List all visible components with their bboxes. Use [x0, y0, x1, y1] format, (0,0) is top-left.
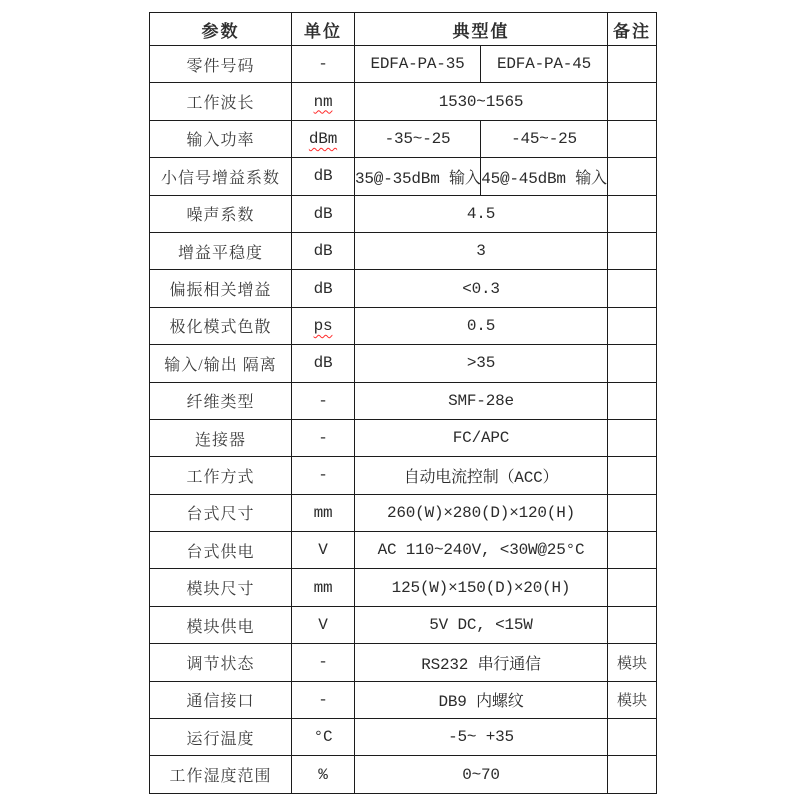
table-row-io-isolation: 输入/输出 隔离 dB >35: [150, 345, 657, 382]
col-header-unit: 单位: [292, 13, 355, 46]
unit-cell: mm: [292, 569, 355, 606]
unit-cell: -: [292, 644, 355, 681]
param-cell: 台式供电: [150, 532, 292, 569]
remark-cell: [608, 158, 657, 195]
table-row-polarization-mode-dispersion: 极化模式色散 ps 0.5: [150, 307, 657, 344]
unit-cell: V: [292, 532, 355, 569]
unit-cell: -: [292, 382, 355, 419]
param-cell: 输入功率: [150, 120, 292, 157]
value-cell: 0.5: [355, 307, 608, 344]
table-row-communication-interface: 通信接口 - DB9 内螺纹 模块: [150, 681, 657, 718]
table-row-wavelength: 工作波长 nm 1530~1565: [150, 83, 657, 120]
value-cell: 35@-35dBm 输入: [355, 158, 481, 195]
value-cell: 0~70: [355, 756, 608, 793]
unit-cell: dB: [292, 232, 355, 269]
param-cell: 噪声系数: [150, 195, 292, 232]
param-cell: 纤维类型: [150, 382, 292, 419]
value-cell: 260(W)×280(D)×120(H): [355, 494, 608, 531]
remark-cell: 模块: [608, 644, 657, 681]
unit-cell-spellcheck: dBm: [309, 130, 337, 148]
remark-cell: [608, 232, 657, 269]
unit-cell: dB: [292, 195, 355, 232]
unit-cell: dB: [292, 158, 355, 195]
document-page: 参数 单位 典型值 备注 零件号码 - EDFA-PA-35 EDFA-PA-4…: [0, 0, 800, 800]
remark-cell: [608, 719, 657, 756]
param-cell: 偏振相关增益: [150, 270, 292, 307]
param-cell: 模块尺寸: [150, 569, 292, 606]
param-cell: 调节状态: [150, 644, 292, 681]
remark-cell: [608, 419, 657, 456]
col-header-parameter: 参数: [150, 13, 292, 46]
unit-cell: °C: [292, 719, 355, 756]
value-cell: 45@-45dBm 输入: [481, 158, 608, 195]
value-cell: EDFA-PA-45: [481, 46, 608, 83]
value-cell: 4.5: [355, 195, 608, 232]
param-cell: 模块供电: [150, 606, 292, 643]
param-cell: 工作湿度范围: [150, 756, 292, 793]
table-row-operation-mode: 工作方式 - 自动电流控制（ACC）: [150, 457, 657, 494]
unit-cell: V: [292, 606, 355, 643]
value-cell: AC 110~240V, <30W@25°C: [355, 532, 608, 569]
table-row-polarization-dependent-gain: 偏振相关增益 dB <0.3: [150, 270, 657, 307]
table-row-operating-temperature: 运行温度 °C -5~ +35: [150, 719, 657, 756]
edfa-spec-table: 参数 单位 典型值 备注 零件号码 - EDFA-PA-35 EDFA-PA-4…: [149, 12, 657, 794]
remark-cell: [608, 532, 657, 569]
table-row-module-power-supply: 模块供电 V 5V DC, <15W: [150, 606, 657, 643]
param-cell: 台式尺寸: [150, 494, 292, 531]
value-cell: 自动电流控制（ACC）: [355, 457, 608, 494]
value-cell: SMF-28e: [355, 382, 608, 419]
remark-cell: [608, 120, 657, 157]
col-header-remark: 备注: [608, 13, 657, 46]
table-row-operating-humidity: 工作湿度范围 % 0~70: [150, 756, 657, 793]
table-row-benchtop-power-supply: 台式供电 V AC 110~240V, <30W@25°C: [150, 532, 657, 569]
unit-cell-spellcheck: ps: [314, 317, 333, 335]
value-cell: 1530~1565: [355, 83, 608, 120]
param-cell: 零件号码: [150, 46, 292, 83]
param-cell: 连接器: [150, 419, 292, 456]
value-cell: EDFA-PA-35: [355, 46, 481, 83]
table-row-module-dimensions: 模块尺寸 mm 125(W)×150(D)×20(H): [150, 569, 657, 606]
param-cell: 工作波长: [150, 83, 292, 120]
table-row-input-power: 输入功率 dBm -35~-25 -45~-25: [150, 120, 657, 157]
value-cell: FC/APC: [355, 419, 608, 456]
unit-cell: -: [292, 419, 355, 456]
unit-cell: dB: [292, 345, 355, 382]
param-cell: 工作方式: [150, 457, 292, 494]
remark-cell: [608, 382, 657, 419]
remark-cell: 模块: [608, 681, 657, 718]
value-cell: RS232 串行通信: [355, 644, 608, 681]
param-cell: 通信接口: [150, 681, 292, 718]
value-cell: <0.3: [355, 270, 608, 307]
value-cell: DB9 内螺纹: [355, 681, 608, 718]
remark-cell: [608, 270, 657, 307]
table-row-noise-figure: 噪声系数 dB 4.5: [150, 195, 657, 232]
remark-cell: [608, 756, 657, 793]
table-row-fiber-type: 纤维类型 - SMF-28e: [150, 382, 657, 419]
table-header-row: 参数 单位 典型值 备注: [150, 13, 657, 46]
col-header-typical-value: 典型值: [355, 13, 608, 46]
value-cell: 5V DC, <15W: [355, 606, 608, 643]
table-row-adjustment-status: 调节状态 - RS232 串行通信 模块: [150, 644, 657, 681]
remark-cell: [608, 345, 657, 382]
remark-cell: [608, 83, 657, 120]
unit-cell: mm: [292, 494, 355, 531]
value-cell: -5~ +35: [355, 719, 608, 756]
remark-cell: [608, 606, 657, 643]
value-cell: -45~-25: [481, 120, 608, 157]
table-row-part-number: 零件号码 - EDFA-PA-35 EDFA-PA-45: [150, 46, 657, 83]
param-cell: 增益平稳度: [150, 232, 292, 269]
param-cell: 小信号增益系数: [150, 158, 292, 195]
value-cell: 125(W)×150(D)×20(H): [355, 569, 608, 606]
table-row-gain-flatness: 增益平稳度 dB 3: [150, 232, 657, 269]
table-row-small-signal-gain: 小信号增益系数 dB 35@-35dBm 输入 45@-45dBm 输入: [150, 158, 657, 195]
value-cell: >35: [355, 345, 608, 382]
unit-cell: %: [292, 756, 355, 793]
table-row-benchtop-dimensions: 台式尺寸 mm 260(W)×280(D)×120(H): [150, 494, 657, 531]
remark-cell: [608, 46, 657, 83]
unit-cell-spellcheck: nm: [314, 93, 333, 111]
remark-cell: [608, 195, 657, 232]
unit-cell: -: [292, 46, 355, 83]
unit-cell: -: [292, 457, 355, 494]
remark-cell: [608, 569, 657, 606]
table-row-connector: 连接器 - FC/APC: [150, 419, 657, 456]
param-cell: 输入/输出 隔离: [150, 345, 292, 382]
value-cell: 3: [355, 232, 608, 269]
param-cell: 极化模式色散: [150, 307, 292, 344]
unit-cell: dB: [292, 270, 355, 307]
value-cell: -35~-25: [355, 120, 481, 157]
remark-cell: [608, 494, 657, 531]
remark-cell: [608, 457, 657, 494]
param-cell: 运行温度: [150, 719, 292, 756]
remark-cell: [608, 307, 657, 344]
unit-cell: -: [292, 681, 355, 718]
